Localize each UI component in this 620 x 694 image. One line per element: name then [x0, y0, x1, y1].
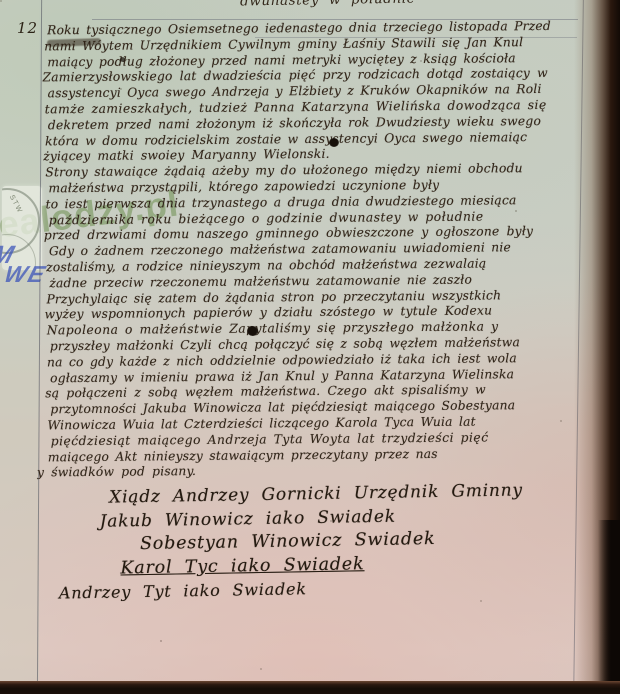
ink-blot: [247, 326, 258, 336]
ink-blot: [120, 57, 125, 62]
ink-blot: [329, 138, 339, 147]
manuscript-body: Roku tysiącznego Osiemsetnego iedenasteg…: [44, 19, 580, 482]
book-bottom-edge: [0, 681, 620, 694]
manuscript-page: enealodzy.pl STW M WE 12 dwunastey w poł…: [0, 0, 620, 694]
signature-block: Xiądz Andrzey Gornicki Urzędnik Gminny J…: [57, 479, 579, 602]
book-gutter-notch: [598, 520, 620, 694]
blue-logo-fragment-bottom: WE: [1, 261, 50, 288]
record-number: 12: [17, 19, 38, 37]
manuscript-line: y świadków pod pisany.: [37, 461, 580, 482]
top-partial-line: dwunastey w południe: [240, 0, 415, 10]
left-margin-strip: [0, 0, 39, 694]
